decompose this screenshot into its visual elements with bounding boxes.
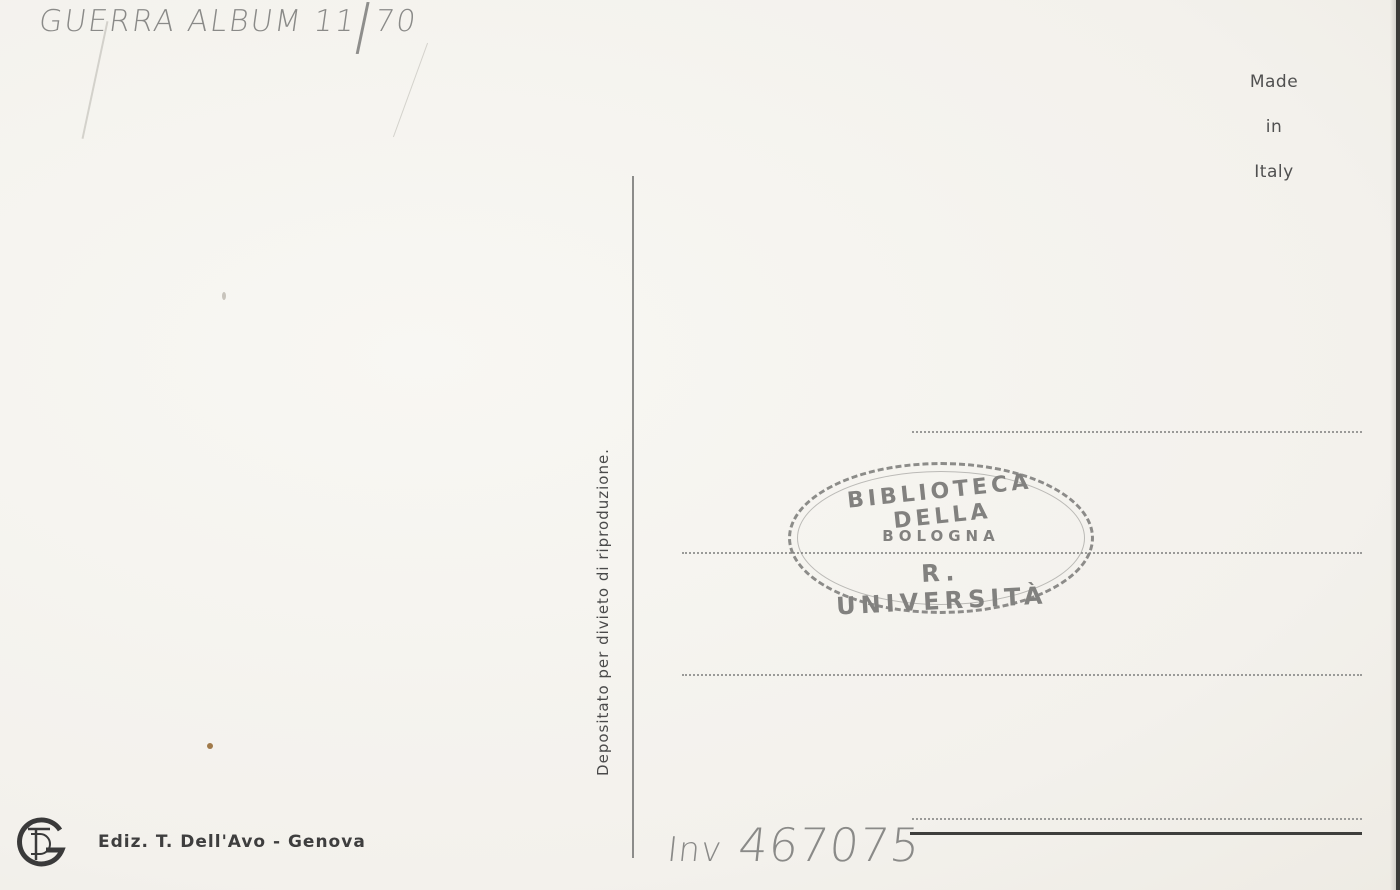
- album-note-right: 70: [373, 4, 420, 39]
- postcard-back: GUERRA ALBUM 1170 Made in Italy Deposita…: [0, 0, 1400, 890]
- slash-mark: [356, 2, 370, 54]
- made-in-line-2: in: [1232, 105, 1316, 150]
- address-underline: [910, 832, 1362, 835]
- address-line-3: [682, 674, 1362, 676]
- paper-spot: [222, 292, 226, 300]
- address-line-4: [912, 818, 1362, 820]
- card-right-edge: [1396, 0, 1400, 890]
- stamp-line-3: R. UNIVERSITÀ: [814, 552, 1069, 621]
- stamp-line-2: BOLOGNA: [791, 527, 1091, 545]
- made-in-italy: Made in Italy: [1232, 60, 1316, 195]
- address-line-1: [912, 431, 1362, 433]
- handwritten-inventory-number: Inv467075: [665, 818, 923, 872]
- handwritten-album-note: GUERRA ALBUM 1170: [34, 4, 419, 54]
- album-note-left: GUERRA ALBUM 11: [37, 4, 359, 39]
- made-in-line-3: Italy: [1232, 150, 1316, 195]
- reproduction-notice: Depositato per divieto di riproduzione.: [594, 448, 612, 776]
- publisher-text: Ediz. T. Dell'Avo - Genova: [98, 832, 366, 852]
- inventory-number: 467075: [736, 818, 923, 872]
- publisher-logo-icon: [16, 816, 68, 868]
- paper-crease: [393, 43, 428, 137]
- inventory-prefix: Inv: [665, 830, 724, 870]
- center-divider: [632, 176, 634, 858]
- library-stamp: BIBLIOTECA DELLA BOLOGNA R. UNIVERSITÀ: [788, 462, 1094, 614]
- made-in-line-1: Made: [1232, 60, 1316, 105]
- paper-spot: [207, 743, 213, 749]
- publisher-imprint: Ediz. T. Dell'Avo - Genova: [16, 812, 366, 872]
